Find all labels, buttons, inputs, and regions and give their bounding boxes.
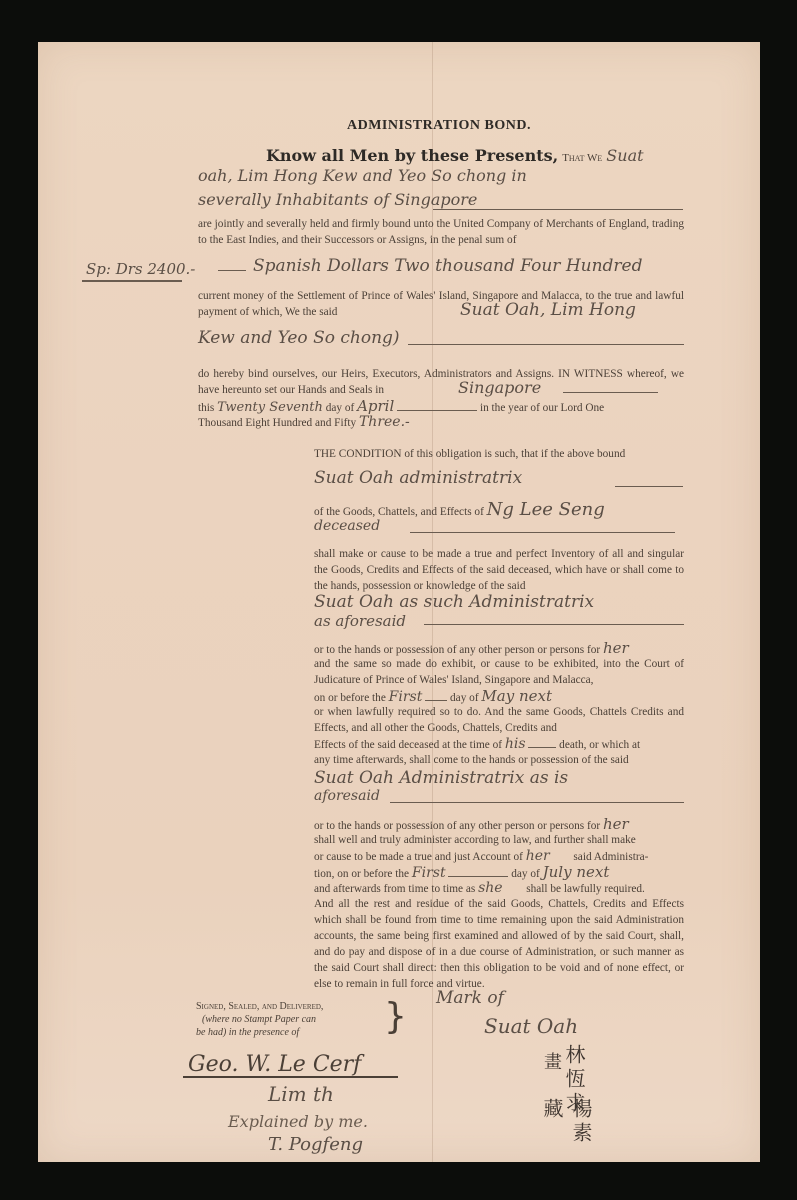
fill-line	[390, 802, 684, 803]
his-handwritten: his	[505, 736, 526, 752]
signed-line-2: (where no Stampt Paper can	[196, 1013, 323, 1026]
year-handwritten: Three.-	[359, 414, 410, 430]
brace-icon: }	[384, 996, 407, 1037]
condition-paragraph-d: any time afterwards, shall come to the h…	[314, 752, 684, 768]
document-title: ADMINISTRATION BOND.	[38, 118, 760, 134]
condition-paragraph-f: And all the rest and residue of the said…	[314, 896, 684, 992]
possession-text-2: or to the hands or possession of any oth…	[314, 820, 600, 832]
on-or-before-text: on or before the	[314, 692, 386, 704]
day-of-text: day of	[326, 402, 355, 414]
as-aforesaid-handwritten: as aforesaid	[314, 612, 406, 630]
fill-line	[615, 486, 683, 487]
preamble-heading: Know all Men by these Presents,	[266, 146, 558, 165]
bond-paragraph-3: do hereby bind ourselves, our Heirs, Exe…	[198, 366, 684, 398]
her-handwritten-3: her	[526, 848, 550, 864]
fill-line	[433, 209, 683, 210]
margin-sum: Sp: Drs 2400.-	[86, 260, 195, 278]
fill-line	[408, 344, 684, 345]
explained-by-me: Explained by me.	[228, 1112, 368, 1131]
day-handwritten: Twenty Seventh	[217, 400, 323, 415]
fill-line	[425, 700, 447, 701]
that-we-text: That We	[562, 152, 602, 164]
her-handwritten-2: her	[603, 815, 629, 833]
account-text: or cause to be made a true and just Acco…	[314, 851, 523, 863]
witness-signature-1: Geo. W. Le Cerf	[188, 1052, 361, 1077]
death-line: Effects of the said deceased at the time…	[314, 736, 640, 753]
effects-text: Effects of the said deceased at the time…	[314, 739, 502, 751]
fill-line	[528, 747, 556, 748]
afterwards-text: and afterwards from time to time as	[314, 883, 475, 895]
signed-line-3: be had) in the presence of	[196, 1026, 323, 1039]
this-text: this	[198, 402, 214, 414]
mark-of-handwritten: Mark of	[436, 988, 504, 1008]
administratrix-handwritten-2: Suat Oah as such Administratrix	[314, 592, 594, 612]
names-handwritten-3: severally Inhabitants of Singapore	[198, 190, 477, 209]
first-handwritten: First	[389, 689, 423, 705]
month-handwritten: April	[357, 397, 394, 415]
deceased-name-handwritten: Ng Lee Seng	[487, 499, 605, 520]
deceased-handwritten: deceased	[314, 518, 380, 534]
year-text: in the year of our Lord One	[480, 402, 604, 414]
she-handwritten: she	[478, 880, 503, 896]
year-text-2: Thousand Eight Hundred and Fifty	[198, 417, 356, 429]
chinese-seal-mark: 畫	[538, 1052, 564, 1074]
signed-line-1: Signed, Sealed, and Delivered,	[196, 1000, 323, 1013]
interpreter-signature: T. Pogfeng	[268, 1134, 363, 1155]
tion-on-text: tion, on or before the	[314, 868, 409, 880]
said-administration-text: said Administra-	[573, 851, 648, 863]
july-next-handwritten: July next	[543, 863, 610, 881]
place-handwritten: Singapore	[458, 378, 541, 397]
year-line: Thousand Eight Hundred and Fifty Three.-	[198, 414, 410, 431]
fill-line	[410, 532, 675, 533]
first-handwritten-2: First	[412, 865, 446, 881]
day-of-text: day of	[450, 692, 479, 704]
fill-line	[397, 410, 477, 411]
lawfully-line: and afterwards from time to time as she …	[314, 880, 645, 897]
names-handwritten-2: oah, Lim Hong Kew and Yeo So chong in	[198, 166, 527, 185]
margin-sum-underline	[82, 280, 182, 282]
lawfully-text: shall be lawfully required.	[526, 883, 645, 895]
condition-paragraph-c: or when lawfully required so to do. And …	[314, 704, 684, 736]
administratrix-handwritten-3: Suat Oah Administratrix as is	[314, 768, 568, 788]
names-handwritten-1: Suat	[606, 146, 643, 165]
may-next-handwritten: May next	[481, 687, 552, 705]
administratrix-handwritten: Suat Oah administratrix	[314, 468, 522, 488]
fill-line	[218, 270, 246, 271]
death-text: death, or which at	[559, 739, 640, 751]
possession-text: or to the hands or possession of any oth…	[314, 644, 600, 656]
witness-signature-2: Lim th	[268, 1082, 334, 1106]
sum-handwritten: Spanish Dollars Two thousand Four Hundre…	[253, 256, 643, 276]
fill-line	[448, 876, 508, 877]
fill-line	[424, 624, 684, 625]
condition-intro: THE CONDITION of this obligation is such…	[314, 446, 684, 462]
signature-underline	[183, 1076, 398, 1078]
goods-of-text: of the Goods, Chattels, and Effects of	[314, 506, 484, 518]
condition-paragraph-a: shall make or cause to be made a true an…	[314, 546, 684, 594]
her-handwritten: her	[603, 639, 629, 657]
bond-paragraph-1: are jointly and severally held and firml…	[198, 216, 684, 248]
aforesaid-handwritten: aforesaid	[314, 788, 380, 804]
payers-handwritten-1: Suat Oah, Lim Hong	[460, 300, 636, 320]
day-of-text-2: day of	[511, 868, 540, 880]
signed-sealed-delivered: Signed, Sealed, and Delivered, (where no…	[196, 1000, 323, 1039]
fill-line	[563, 392, 658, 393]
condition-paragraph-b: and the same so made do exhibit, or caus…	[314, 656, 684, 688]
bond-document-paper: ADMINISTRATION BOND. Know all Men by the…	[38, 42, 760, 1162]
mark-name-handwritten: Suat Oah	[484, 1014, 578, 1038]
preamble-heading-line: Know all Men by these Presents, That We …	[266, 146, 644, 166]
administer-line: shall well and truly administer accordin…	[314, 832, 636, 848]
chinese-signature-2: 楊素藏	[538, 1098, 596, 1162]
payers-handwritten-2: Kew and Yeo So chong)	[198, 328, 400, 348]
